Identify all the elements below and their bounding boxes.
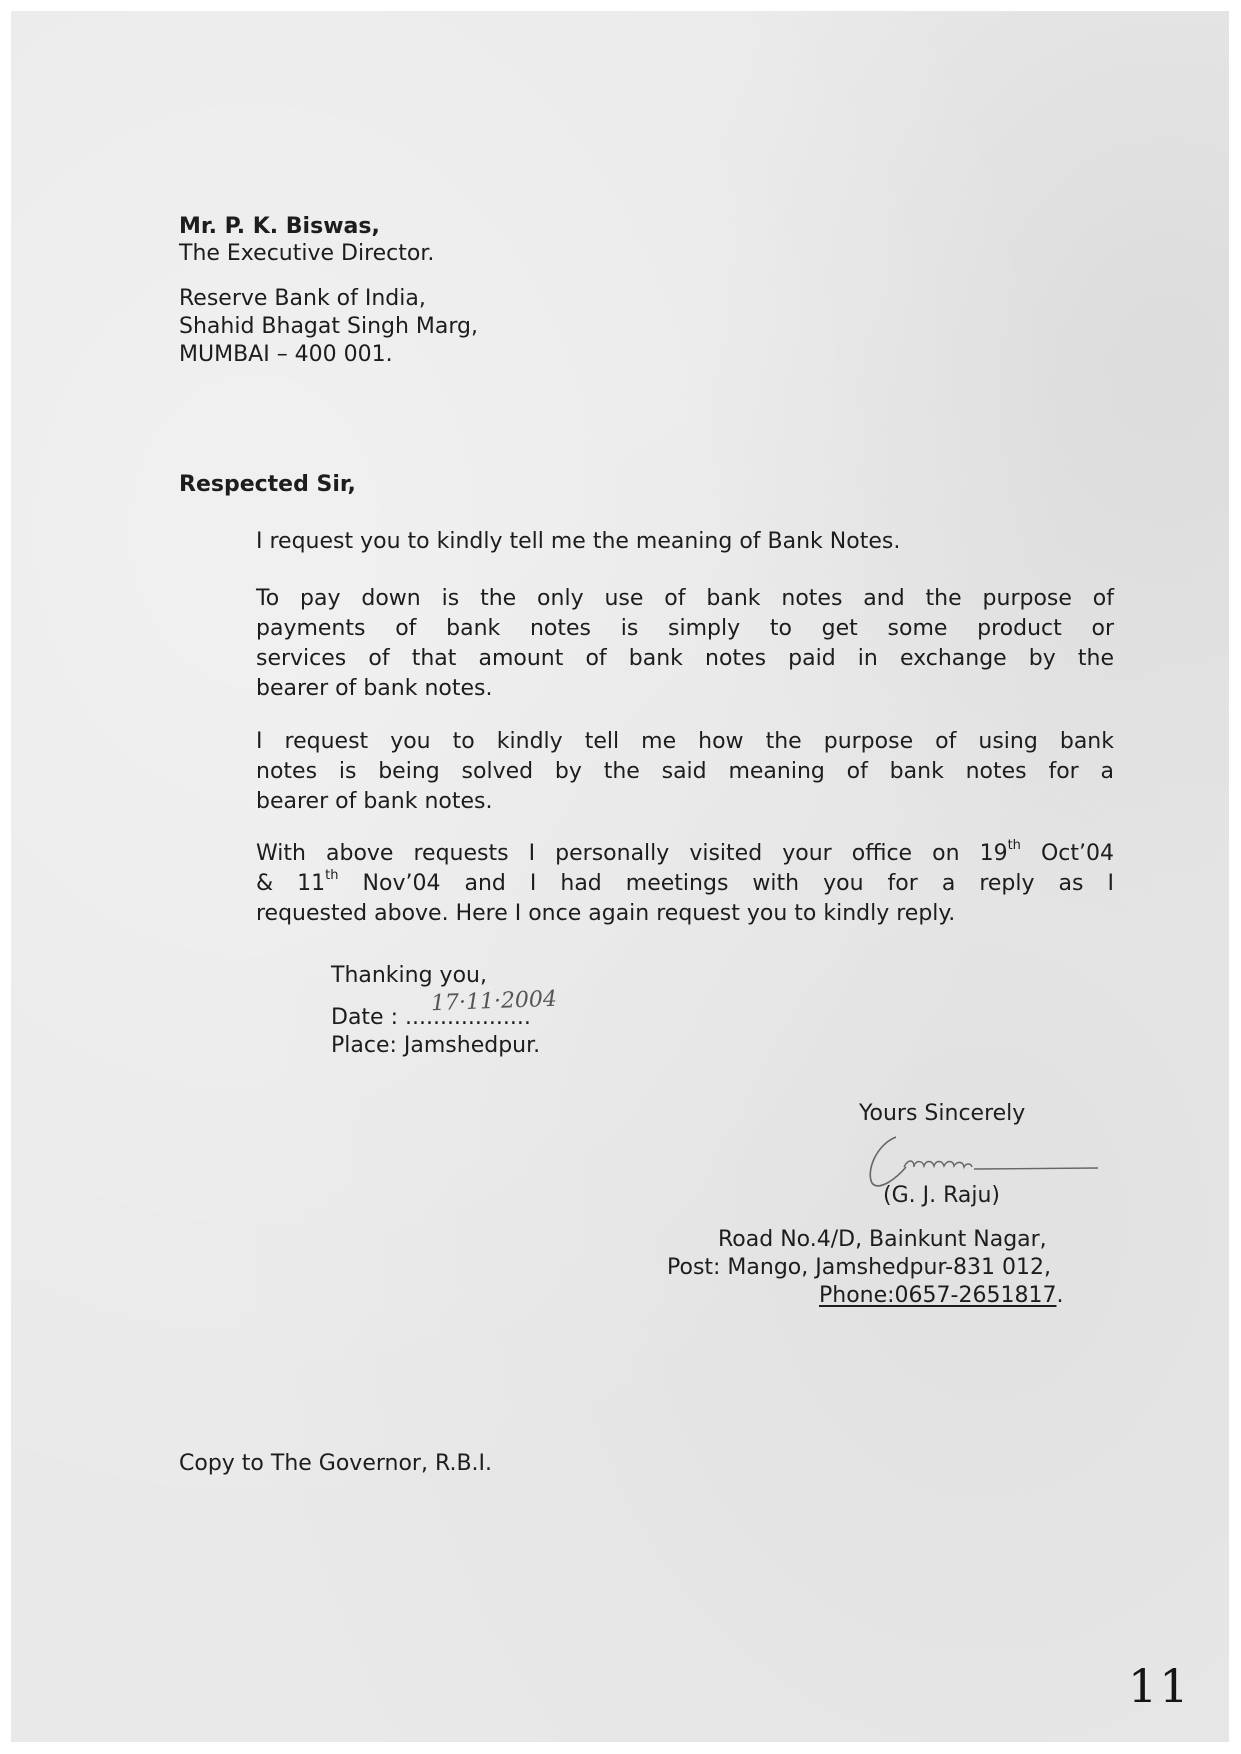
phone-number: Phone:0657-2651817 — [819, 1283, 1056, 1308]
paragraph-2: To pay down is the only use of bank note… — [256, 584, 1114, 704]
signatory-name: (G. J. Raju) — [883, 1181, 1000, 1211]
scanned-page: Mr. P. K. Biswas, The Executive Director… — [11, 11, 1229, 1742]
paragraph-3: I request you to kindly tell me how the … — [256, 727, 1114, 817]
letter: Mr. P. K. Biswas, The Executive Director… — [11, 11, 1229, 1742]
paragraph-line: requested above. Here I once again reque… — [256, 899, 1114, 929]
address-line-2: Post: Mango, Jamshedpur-831 012, — [667, 1253, 1051, 1283]
recipient-title: The Executive Director. — [179, 239, 434, 269]
recipient-street: Shahid Bhagat Singh Marg, — [179, 312, 478, 342]
paragraph-line: services of that amount of bank notes pa… — [256, 644, 1114, 674]
salutation: Respected Sir, — [179, 470, 356, 500]
thanking-line: Thanking you, — [331, 961, 487, 991]
paragraph-line: payments of bank notes is simply to get … — [256, 614, 1114, 644]
paragraph-line: bearer of bank notes. — [256, 674, 1114, 704]
paragraph-line: I request you to kindly tell me how the … — [256, 727, 1114, 757]
recipient-org: Reserve Bank of India, — [179, 284, 426, 314]
recipient-name: Mr. P. K. Biswas, — [179, 212, 380, 242]
address-line-1: Road No.4/D, Bainkunt Nagar, — [718, 1225, 1047, 1255]
place-line: Place: Jamshedpur. — [331, 1031, 540, 1061]
paragraph-line: To pay down is the only use of bank note… — [256, 584, 1114, 614]
paragraph-line: bearer of bank notes. — [256, 787, 1114, 817]
valediction: Yours Sincerely — [859, 1099, 1025, 1129]
handwritten-date: 17·11·2004 — [431, 987, 558, 1016]
paragraph-line: notes is being solved by the said meanin… — [256, 757, 1114, 787]
paragraph-4: With above requests I personally visited… — [256, 839, 1114, 929]
page-number: 11 — [1128, 1659, 1191, 1713]
paragraph-line: With above requests I personally visited… — [256, 839, 1114, 869]
paragraph-line: & 11th Nov’04 and I had meetings with yo… — [256, 869, 1114, 899]
copy-to: Copy to The Governor, R.B.I. — [179, 1449, 492, 1479]
phone-line: Phone:0657-2651817. — [819, 1281, 1063, 1311]
paragraph-1: I request you to kindly tell me the mean… — [256, 527, 900, 557]
recipient-city: MUMBAI – 400 001. — [179, 340, 393, 370]
